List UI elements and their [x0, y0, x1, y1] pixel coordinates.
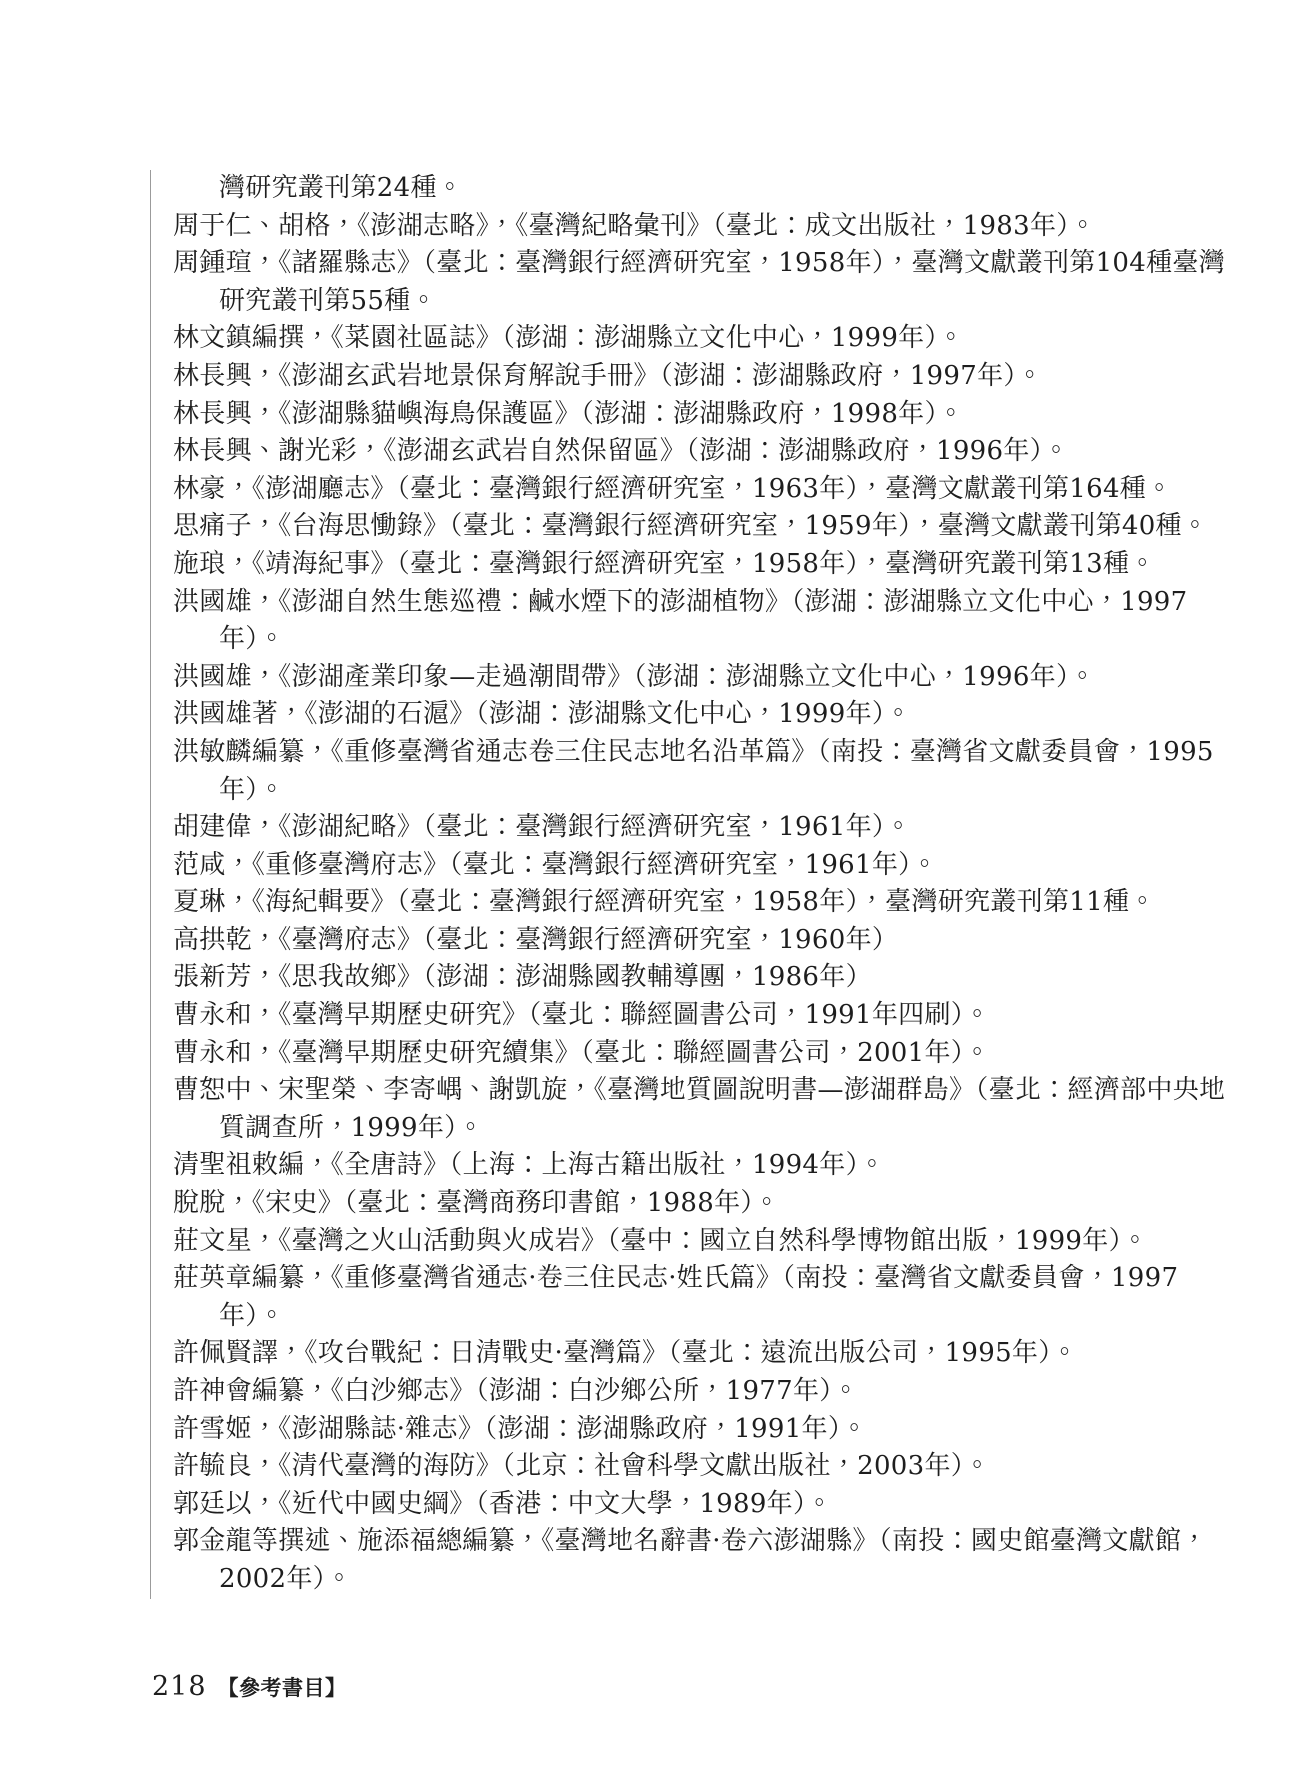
bibliography-line: 周鍾瑄，《諸羅縣志》（臺北：臺灣銀行經濟研究室，1958年），臺灣文獻叢刊第10…	[173, 245, 1190, 283]
bibliography-line: 林豪，《澎湖廳志》（臺北：臺灣銀行經濟研究室，1963年），臺灣文獻叢刊第164…	[173, 471, 1190, 509]
bibliography-line: 高拱乾，《臺灣府志》（臺北：臺灣銀行經濟研究室，1960年）	[173, 922, 1190, 960]
page-number: 218	[152, 1671, 207, 1702]
bibliography-line: 郭金龍等撰述、施添福總編纂，《臺灣地名辭書·卷六澎湖縣》（南投：國史館臺灣文獻館…	[173, 1523, 1190, 1561]
bibliography-line: 許毓良，《清代臺灣的海防》（北京：社會科學文獻出版社，2003年）。	[173, 1448, 1190, 1486]
bibliography-line: 施琅，《靖海紀事》（臺北：臺灣銀行經濟研究室，1958年），臺灣研究叢刊第13種…	[173, 546, 1190, 584]
bibliography-line: 林長興，《澎湖玄武岩地景保育解說手冊》（澎湖：澎湖縣政府，1997年）。	[173, 358, 1190, 396]
bibliography-line: 曹永和，《臺灣早期歷史研究》（臺北：聯經圖書公司，1991年四刷）。	[173, 997, 1190, 1035]
bibliography-line: 洪國雄，《澎湖自然生態巡禮：鹹水煙下的澎湖植物》（澎湖：澎湖縣立文化中心，199…	[173, 584, 1190, 622]
bibliography-line: 林長興、謝光彩，《澎湖玄武岩自然保留區》（澎湖：澎湖縣政府，1996年）。	[173, 433, 1190, 471]
bibliography-line: 灣研究叢刊第24種。	[173, 170, 1190, 208]
bibliography-line: 2002年）。	[173, 1561, 1190, 1599]
bibliography-line: 曹永和，《臺灣早期歷史研究續集》（臺北：聯經圖書公司，2001年）。	[173, 1035, 1190, 1073]
bibliography-line: 夏琳，《海紀輯要》（臺北：臺灣銀行經濟研究室，1958年），臺灣研究叢刊第11種…	[173, 884, 1190, 922]
section-label: 【參考書目】	[218, 1672, 347, 1702]
bibliography-line: 林文鎮編撰，《菜園社區誌》（澎湖：澎湖縣立文化中心，1999年）。	[173, 320, 1190, 358]
bibliography-line: 年）。	[173, 772, 1190, 810]
bibliography-line: 清聖祖敕編，《全唐詩》（上海：上海古籍出版社，1994年）。	[173, 1147, 1190, 1185]
bibliography-line: 質調查所，1999年）。	[173, 1110, 1190, 1148]
bibliography-line: 年）。	[173, 1298, 1190, 1336]
bibliography-line: 張新芳，《思我故鄉》（澎湖：澎湖縣國教輔導團，1986年）	[173, 959, 1190, 997]
bibliography-line: 林長興，《澎湖縣貓嶼海鳥保護區》（澎湖：澎湖縣政府，1998年）。	[173, 396, 1190, 434]
bibliography-line: 許神會編纂，《白沙鄉志》（澎湖：白沙鄉公所，1977年）。	[173, 1373, 1190, 1411]
bibliography-line: 曹恕中、宋聖榮、李寄嵎、謝凱旋，《臺灣地質圖說明書—澎湖群島》（臺北：經濟部中央…	[173, 1072, 1190, 1110]
bibliography-line: 洪國雄著，《澎湖的石滬》（澎湖：澎湖縣文化中心，1999年）。	[173, 696, 1190, 734]
bibliography-line: 莊英章編纂，《重修臺灣省通志·卷三住民志·姓氏篇》（南投：臺灣省文獻委員會，19…	[173, 1260, 1190, 1298]
bibliography-line: 胡建偉，《澎湖紀略》（臺北：臺灣銀行經濟研究室，1961年）。	[173, 809, 1190, 847]
bibliography-line: 洪國雄，《澎湖產業印象—走過潮間帶》（澎湖：澎湖縣立文化中心，1996年）。	[173, 659, 1190, 697]
bibliography-line: 脫脫，《宋史》（臺北：臺灣商務印書館，1988年）。	[173, 1185, 1190, 1223]
bibliography-line: 周于仁、胡格，《澎湖志略》，《臺灣紀略彙刊》（臺北：成文出版社，1983年）。	[173, 208, 1190, 246]
bibliography-line: 范咸，《重修臺灣府志》（臺北：臺灣銀行經濟研究室，1961年）。	[173, 847, 1190, 885]
page-footer: 218 【參考書目】	[152, 1671, 347, 1702]
bibliography-line: 許佩賢譯，《攻台戰紀：日清戰史·臺灣篇》（臺北：遠流出版公司，1995年）。	[173, 1335, 1190, 1373]
bibliography-page: 灣研究叢刊第24種。周于仁、胡格，《澎湖志略》，《臺灣紀略彙刊》（臺北：成文出版…	[0, 0, 1300, 1779]
bibliography-line: 莊文星，《臺灣之火山活動與火成岩》（臺中：國立自然科學博物館出版，1999年）。	[173, 1223, 1190, 1261]
bibliography-list: 灣研究叢刊第24種。周于仁、胡格，《澎湖志略》，《臺灣紀略彙刊》（臺北：成文出版…	[150, 170, 1190, 1599]
bibliography-line: 洪敏麟編纂，《重修臺灣省通志卷三住民志地名沿革篇》（南投：臺灣省文獻委員會，19…	[173, 734, 1190, 772]
bibliography-line: 研究叢刊第55種。	[173, 283, 1190, 321]
bibliography-line: 年）。	[173, 621, 1190, 659]
bibliography-line: 郭廷以，《近代中國史綱》（香港：中文大學，1989年）。	[173, 1486, 1190, 1524]
bibliography-line: 許雪姬，《澎湖縣誌·雜志》（澎湖：澎湖縣政府，1991年）。	[173, 1411, 1190, 1449]
bibliography-line: 思痛子，《台海思慟錄》（臺北：臺灣銀行經濟研究室，1959年），臺灣文獻叢刊第4…	[173, 508, 1190, 546]
